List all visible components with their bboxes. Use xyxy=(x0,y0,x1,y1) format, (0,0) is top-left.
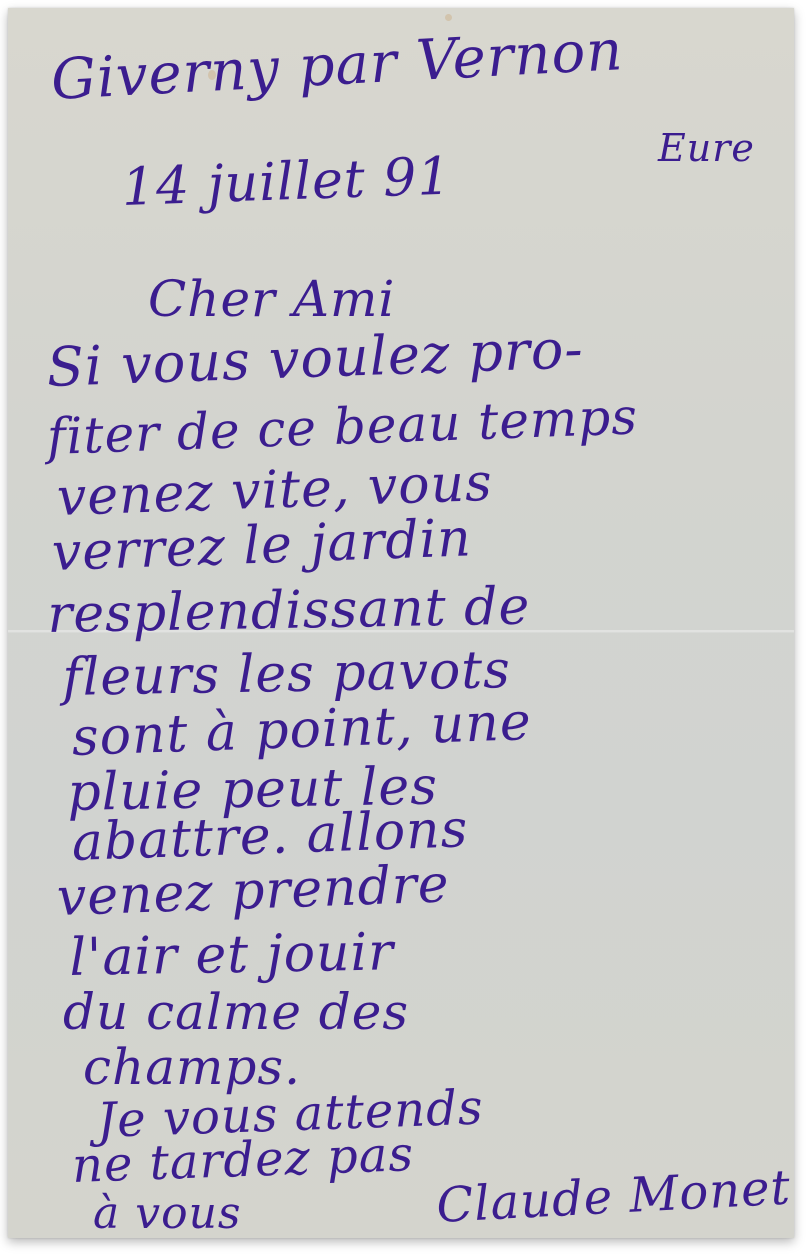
place-line: Giverny par Vernon xyxy=(50,18,625,113)
paper-stain xyxy=(445,14,452,21)
department-line: Eure xyxy=(658,126,755,170)
body-line: venez prendre xyxy=(56,854,451,928)
salutation: Cher Ami xyxy=(148,270,395,328)
body-line: ne tardez pas xyxy=(71,1126,415,1194)
signature: Claude Monet xyxy=(435,1160,792,1234)
letter-sheet: Giverny par Vernon Eure 14 juillet 91 Ch… xyxy=(8,8,794,1238)
date-line: 14 juillet 91 xyxy=(121,147,452,218)
body-line: resplendissant de xyxy=(47,577,531,645)
body-line: l'air et jouir xyxy=(69,922,395,988)
body-line: fiter de ce beau temps xyxy=(46,387,639,466)
body-line: du calme des xyxy=(63,983,409,1041)
body-line: à vous xyxy=(93,1188,241,1239)
body-line: Si vous voulez pro- xyxy=(46,317,585,399)
